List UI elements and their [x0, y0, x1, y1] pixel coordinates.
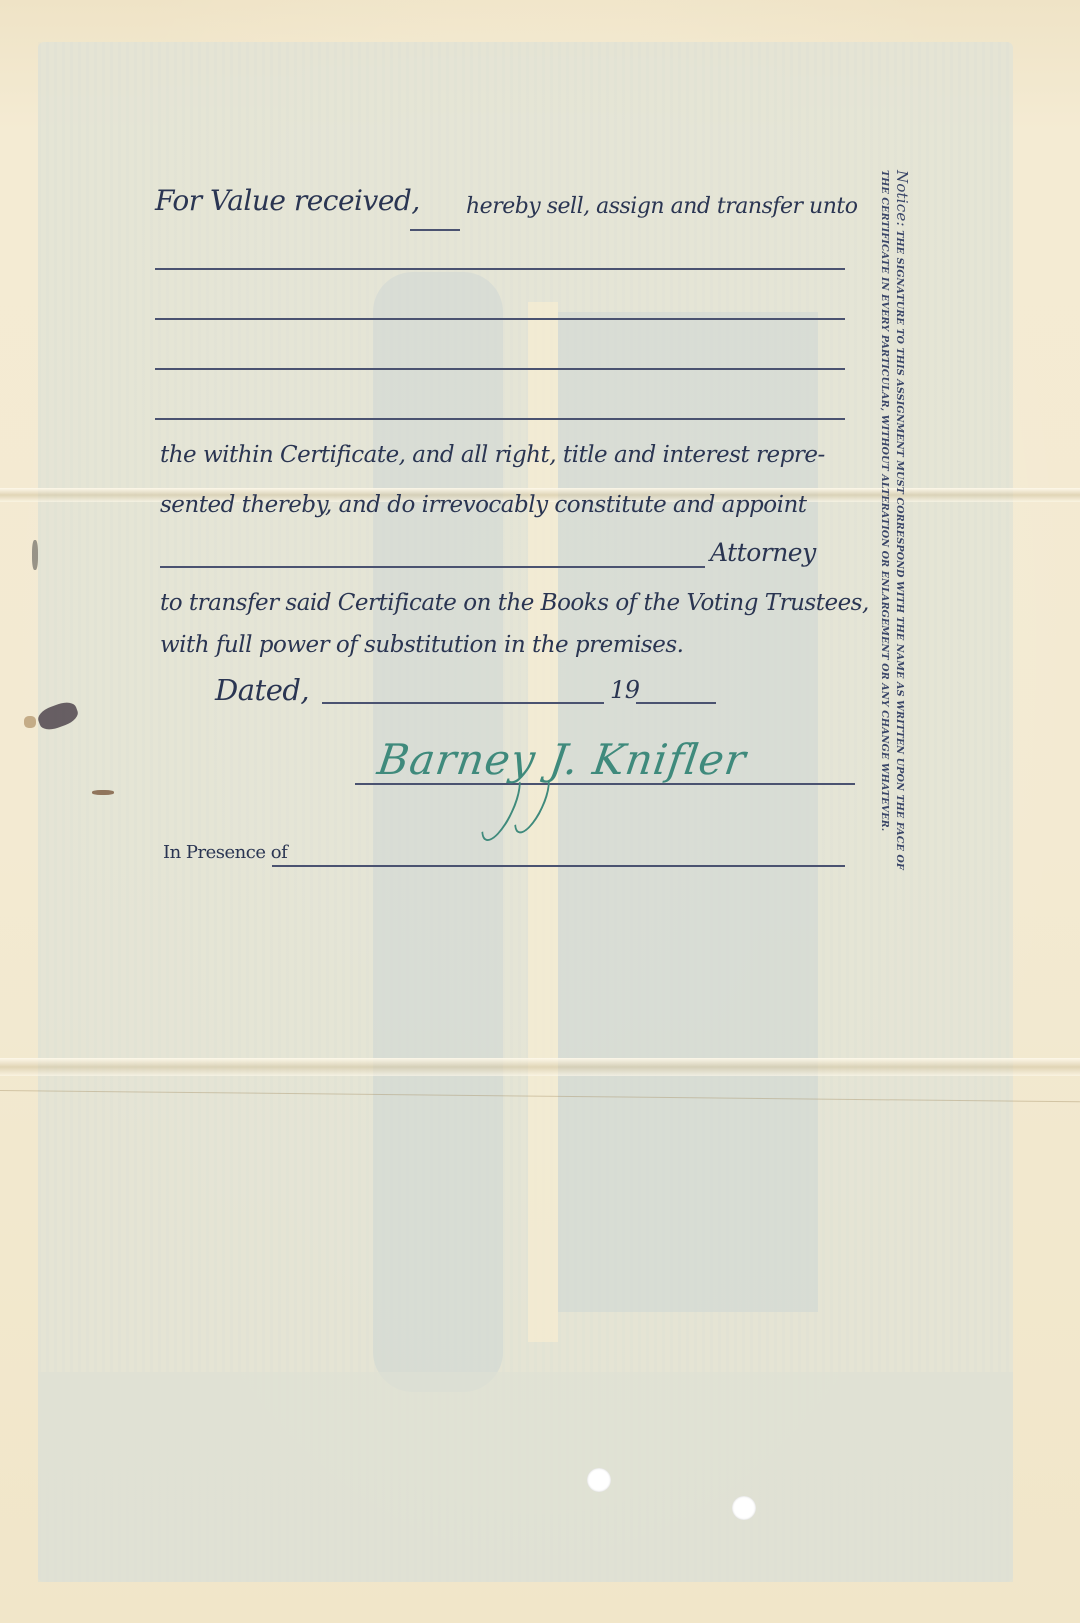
assignee-line-4[interactable] — [155, 418, 845, 420]
assignee-line-2[interactable] — [155, 318, 845, 320]
brown-spot — [24, 716, 36, 728]
witness-line[interactable] — [272, 865, 845, 867]
notice-body: THE SIGNATURE TO THIS ASSIGNMENT MUST CO… — [879, 170, 905, 870]
ink-mark — [92, 790, 114, 795]
punch-hole — [732, 1496, 756, 1520]
attorney-label: Attorney — [710, 538, 816, 567]
ink-mark — [32, 540, 38, 570]
in-presence-of-label: In Presence of — [163, 842, 287, 863]
assignee-line-1[interactable] — [155, 268, 845, 270]
power-of-substitution-text: with full power of substitution in the p… — [160, 632, 683, 658]
notice-vertical-text: Notice: THE SIGNATURE TO THIS ASSIGNMENT… — [877, 170, 909, 890]
sell-assign-transfer-text: hereby sell, assign and transfer unto — [466, 194, 857, 219]
irrevocably-appoint-text: sented thereby, and do irrevocably const… — [160, 492, 807, 518]
for-value-received-text: For Value received, — [155, 184, 420, 217]
handwritten-signature: Barney J. Knifler — [375, 735, 750, 784]
transfer-on-books-text: to transfer said Certificate on the Book… — [160, 590, 869, 616]
notice-lead: Notice: — [893, 170, 911, 227]
bleed-through-lower-band — [38, 1372, 1013, 1582]
date-line[interactable] — [322, 702, 604, 704]
dated-label: Dated, — [215, 673, 309, 707]
assignee-line-3[interactable] — [155, 368, 845, 370]
assignor-blank-line[interactable] — [410, 229, 460, 231]
paper-fold-lower — [0, 1058, 1080, 1076]
attorney-name-line[interactable] — [160, 566, 705, 568]
year-prefix: 19 — [610, 676, 640, 704]
year-line[interactable] — [636, 702, 716, 704]
certificate-rights-text: the within Certificate, and all right, t… — [160, 442, 825, 468]
punch-hole — [587, 1468, 611, 1492]
